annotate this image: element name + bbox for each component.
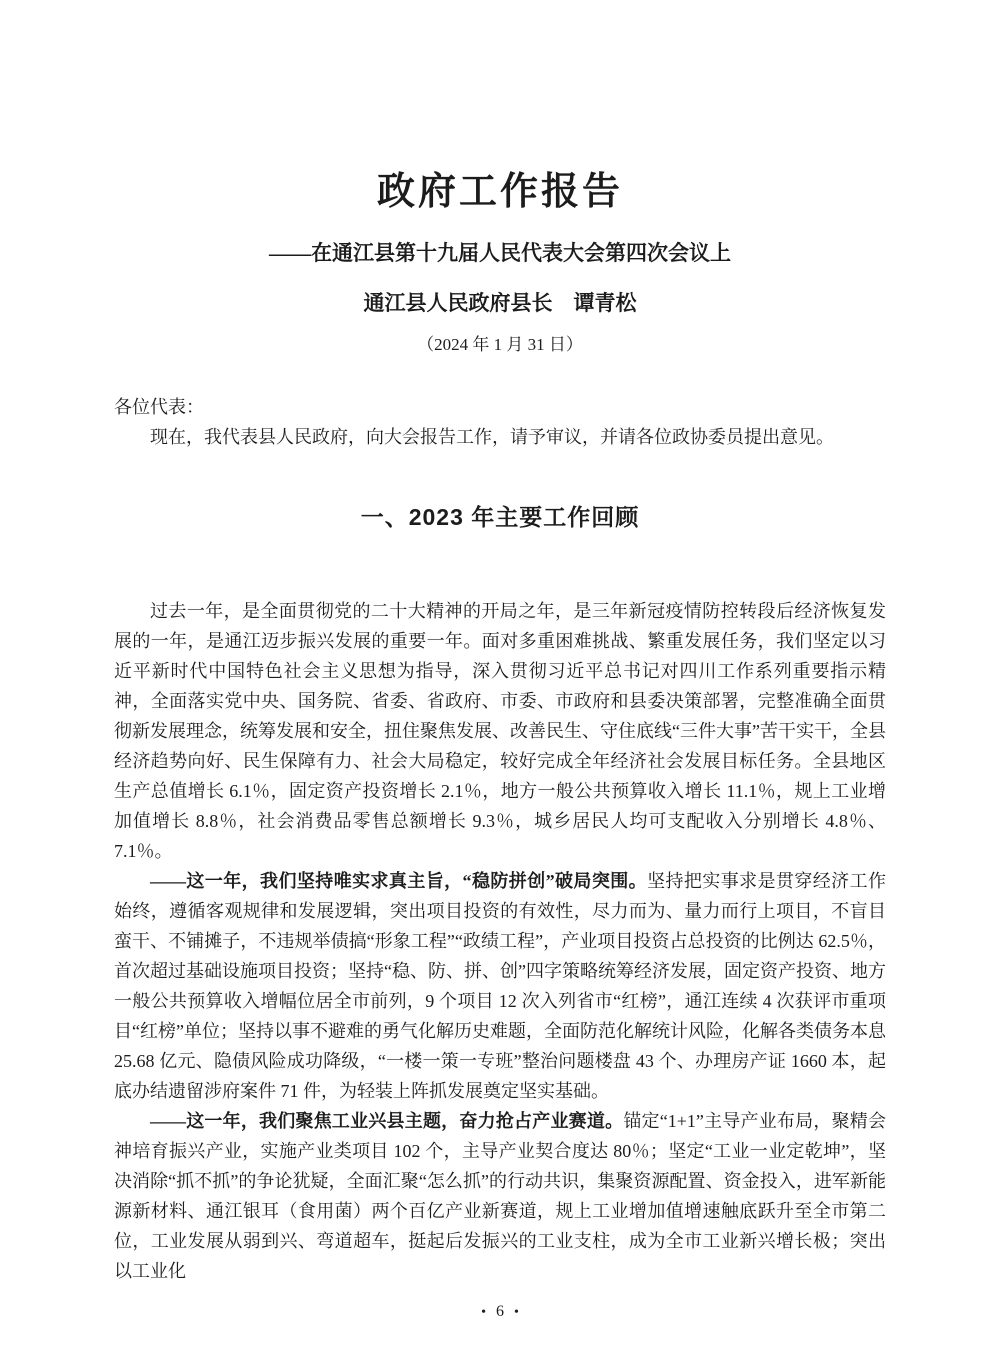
footer-left-dot: •	[481, 1301, 486, 1325]
body-paragraph: ——这一年，我们坚持唯实求真主旨，“稳防拼创”破局突围。坚持把实事求是贯穿经济工…	[114, 866, 886, 1106]
salutation: 各位代表：	[114, 392, 886, 422]
body-paragraph: ——这一年，我们聚焦工业兴县主题，奋力抢占产业赛道。锚定“1+1”主导产业布局，…	[114, 1106, 886, 1286]
speaker-line: 通江县人民政府县长 谭青松	[114, 290, 886, 316]
intro-paragraph: 现在，我代表县人民政府，向大会报告工作，请予审议，并请各位政协委员提出意见。	[114, 422, 886, 452]
paragraph-text: 坚持把实事求是贯穿经济工作始终，遵循客观规律和发展逻辑，突出项目投资的有效性，尽…	[114, 871, 886, 1101]
paragraph-text: 过去一年，是全面贯彻党的二十大精神的开局之年，是三年新冠疫情防控转段后经济恢复发…	[114, 601, 886, 861]
section-heading: 一、2023 年主要工作回顾	[114, 500, 886, 534]
paragraph-lead: ——这一年，我们坚持唯实求真主旨，“稳防拼创”破局突围。	[150, 871, 647, 891]
report-body: 过去一年，是全面贯彻党的二十大精神的开局之年，是三年新冠疫情防控转段后经济恢复发…	[114, 596, 886, 1286]
date-line: （2024 年 1 月 31 日）	[114, 334, 886, 356]
document-page: 政府工作报告 ——在通江县第十九届人民代表大会第四次会议上 通江县人民政府县长 …	[0, 0, 1000, 1347]
page-number: 6	[496, 1303, 504, 1320]
document-title: 政府工作报告	[114, 170, 886, 214]
footer-right-dot: •	[514, 1301, 519, 1325]
page-footer: •6•	[114, 1300, 886, 1325]
document-subtitle: ——在通江县第十九届人民代表大会第四次会议上	[114, 240, 886, 266]
body-paragraph: 过去一年，是全面贯彻党的二十大精神的开局之年，是三年新冠疫情防控转段后经济恢复发…	[114, 596, 886, 866]
paragraph-text: 锚定“1+1”主导产业布局，聚精会神培育振兴产业，实施产业类项目 102 个，主…	[114, 1111, 886, 1281]
paragraph-lead: ——这一年，我们聚焦工业兴县主题，奋力抢占产业赛道。	[150, 1111, 623, 1131]
